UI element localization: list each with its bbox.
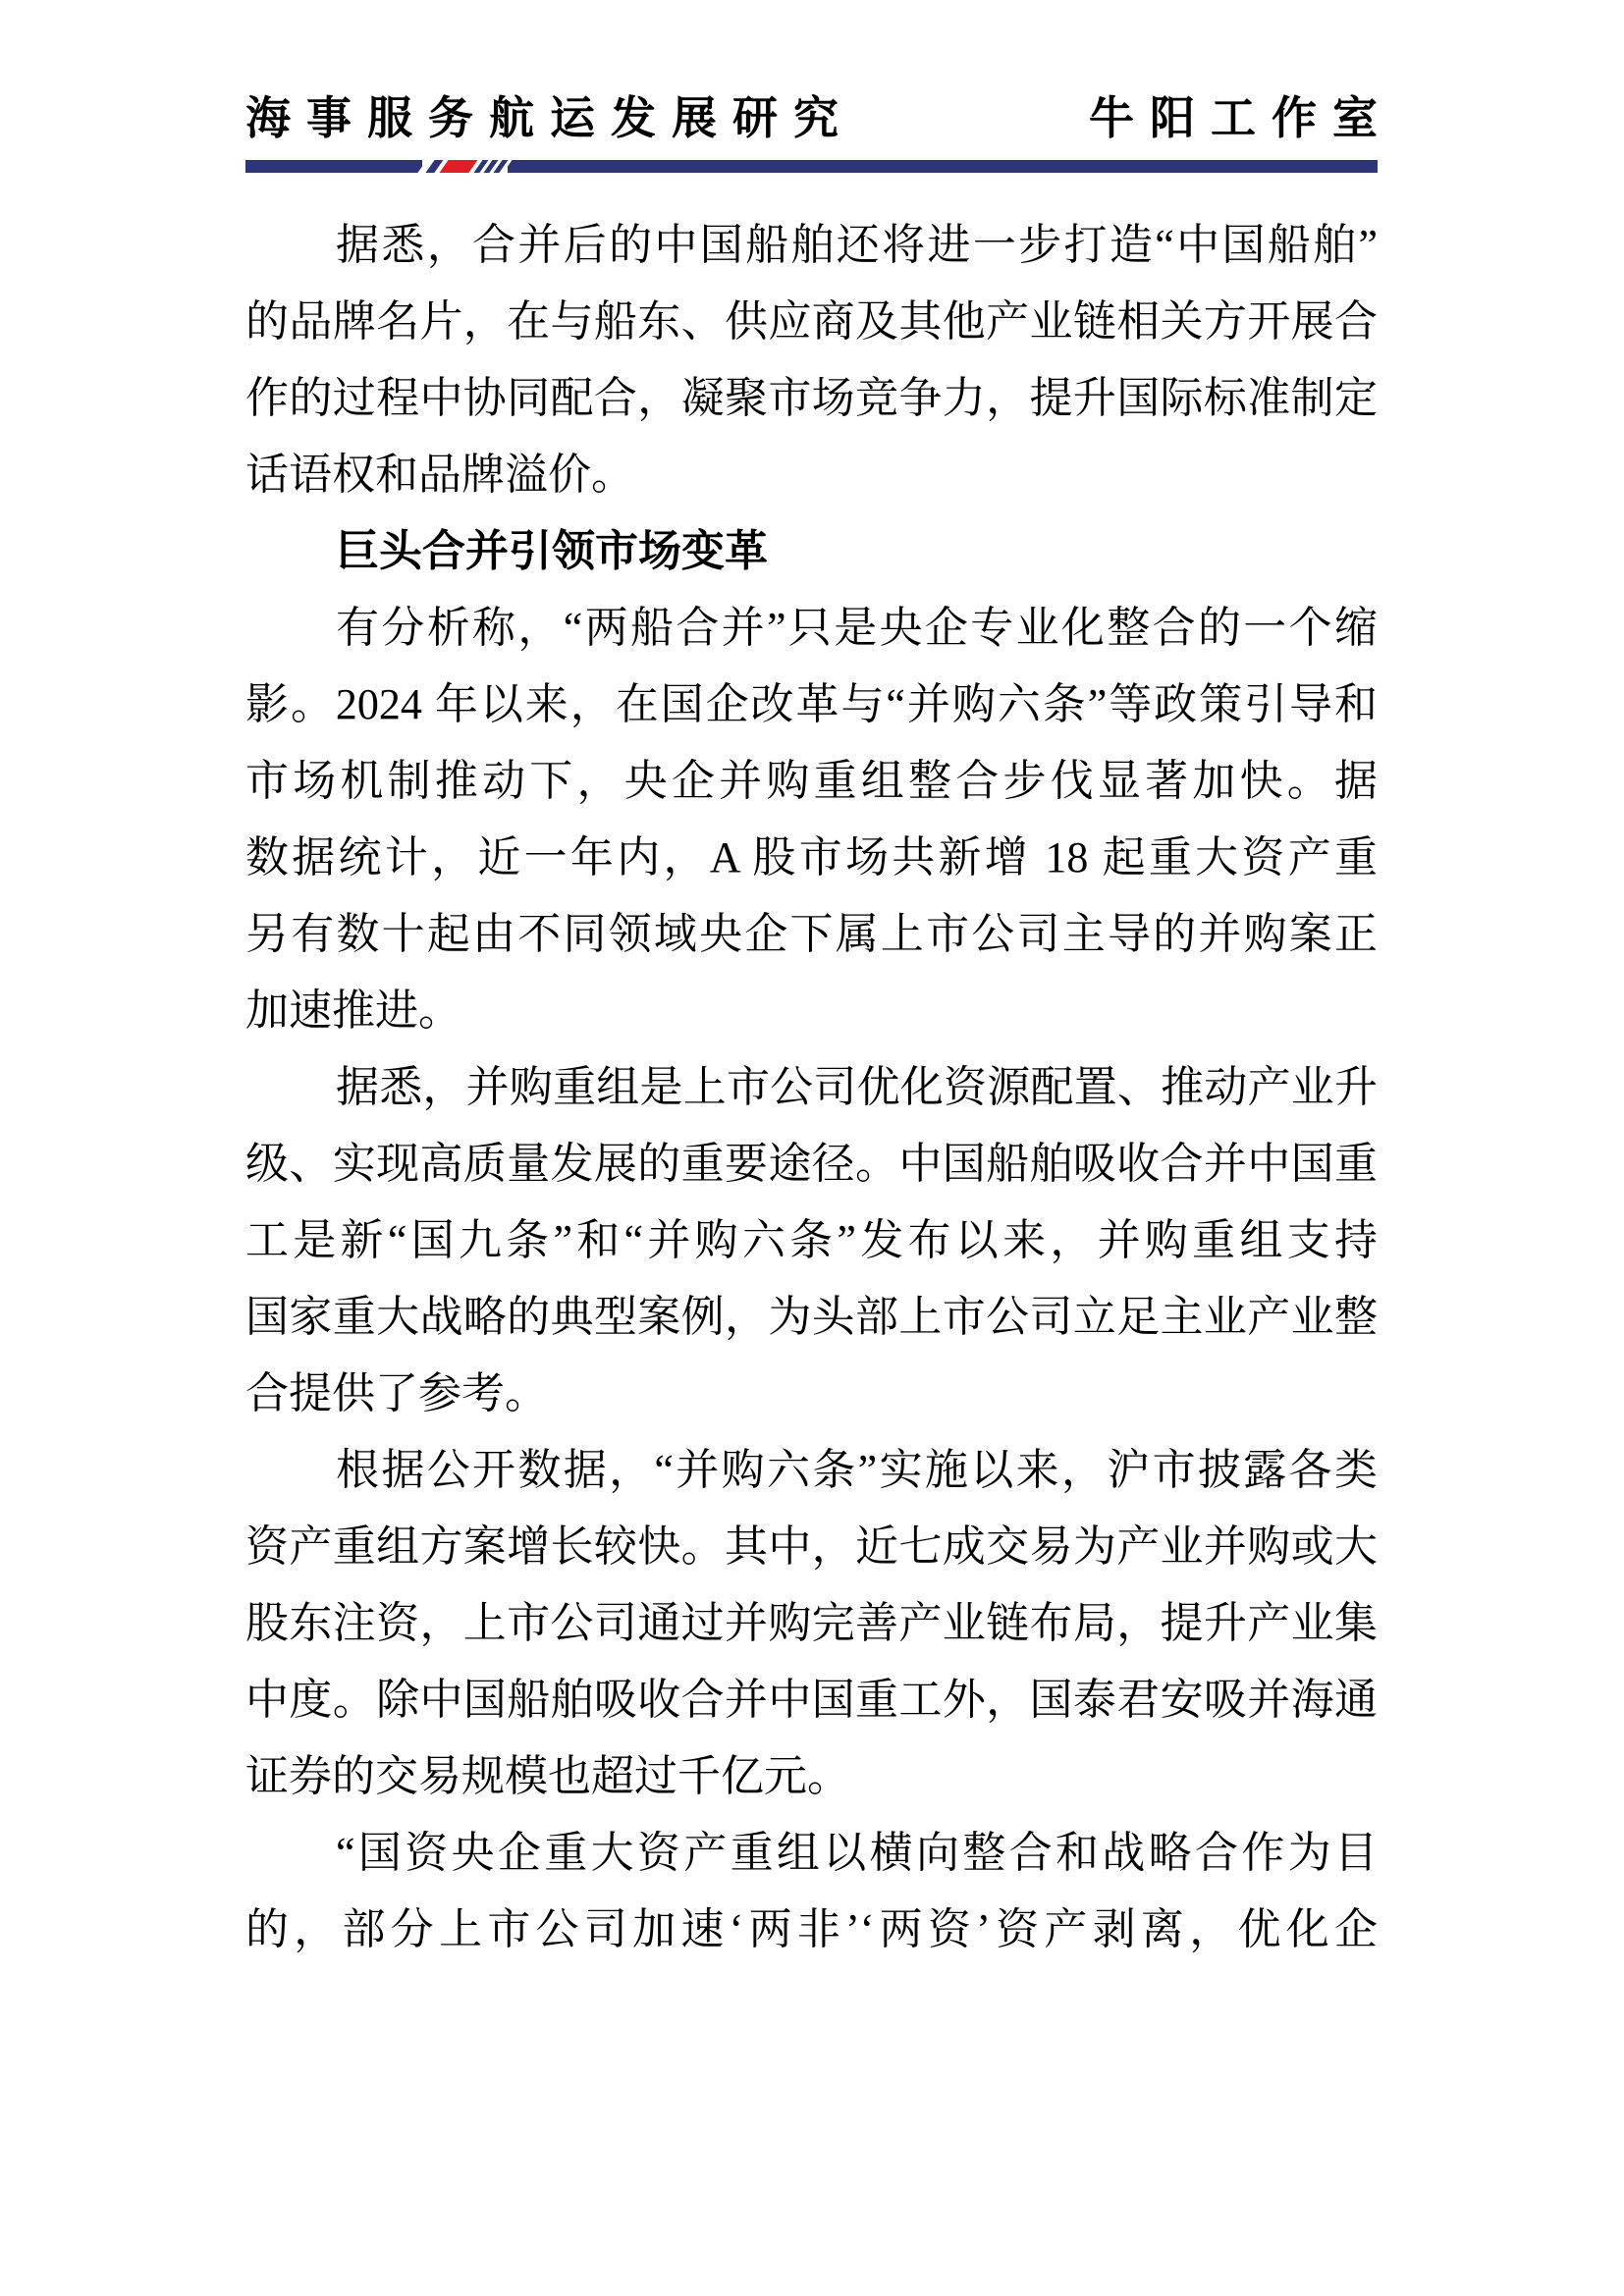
paragraph-line: 数据统计，近一年内，A 股市场共新增 18 起重大资产重组，	[245, 820, 1378, 896]
paragraph-line: 国家重大战略的典型案例，为头部上市公司立足主业产业整	[245, 1279, 1378, 1356]
paragraph-line: 的，部分上市公司加速‘两非’‘两资’资产剥离，优化企	[245, 1892, 1378, 1968]
divider-bar-right	[508, 160, 1378, 173]
paragraph-line: 作的过程中协同配合，凝聚市场竞争力，提升国际标准制定	[245, 360, 1378, 437]
paragraph-line: 合提供了参考。	[245, 1356, 1378, 1432]
page-content: 海事服务航运发展研究 牛阳工作室 据悉，合并后的中国船舶还将进一步打造“中	[245, 0, 1378, 2296]
paragraph-line: 市场机制推动下，央企并购重组整合步伐显著加快。据 Wind	[245, 743, 1378, 820]
paragraph-line: 据悉，合并后的中国船舶还将进一步打造“中国船舶”	[245, 207, 1378, 284]
paragraph-line: 根据公开数据，“并购六条”实施以来，沪市披露各类	[245, 1432, 1378, 1509]
header-titles: 海事服务航运发展研究 牛阳工作室	[245, 90, 1378, 145]
paragraph-line: 另有数十起由不同领域央企下属上市公司主导的并购案正	[245, 896, 1378, 973]
paragraph-line: 加速推进。	[245, 973, 1378, 1049]
paragraph-line: 证券的交易规模也超过千亿元。	[245, 1738, 1378, 1815]
document-page: 海事服务航运发展研究 牛阳工作室 据悉，合并后的中国船舶还将进一步打造“中	[0, 0, 1624, 2296]
paragraph-line: “国资央企重大资产重组以横向整合和战略合作为目	[245, 1815, 1378, 1892]
paragraph-line: 中度。除中国船舶吸收合并中国重工外，国泰君安吸并海通	[245, 1662, 1378, 1738]
section-heading: 巨头合并引领市场变革	[245, 513, 1378, 590]
paragraph-line: 话语权和品牌溢价。	[245, 437, 1378, 513]
article-body: 据悉，合并后的中国船舶还将进一步打造“中国船舶” 的品牌名片，在与船东、供应商及…	[245, 207, 1378, 1968]
paragraph-line: 工是新“国九条”和“并购六条”发布以来，并购重组支持	[245, 1202, 1378, 1279]
paragraph-line: 股东注资，上市公司通过并购完善产业链布局，提升产业集	[245, 1585, 1378, 1662]
header-divider-rule	[245, 160, 1378, 173]
header-right-title: 牛阳工作室	[1089, 90, 1393, 145]
header-left-title: 海事服务航运发展研究	[245, 90, 854, 145]
divider-bar-left	[245, 160, 422, 173]
paragraph-line: 级、实现高质量发展的重要途径。中国船舶吸收合并中国重	[245, 1126, 1378, 1202]
paragraph-line: 据悉，并购重组是上市公司优化资源配置、推动产业升	[245, 1049, 1378, 1126]
paragraph-line: 的品牌名片，在与船东、供应商及其他产业链相关方开展合	[245, 284, 1378, 360]
paragraph-line: 有分析称，“两船合并”只是央企专业化整合的一个缩	[245, 590, 1378, 667]
paragraph-line: 影。2024 年以来，在国企改革与“并购六条”等政策引导和	[245, 667, 1378, 743]
paragraph-line: 资产重组方案增长较快。其中，近七成交易为产业并购或大	[245, 1509, 1378, 1585]
